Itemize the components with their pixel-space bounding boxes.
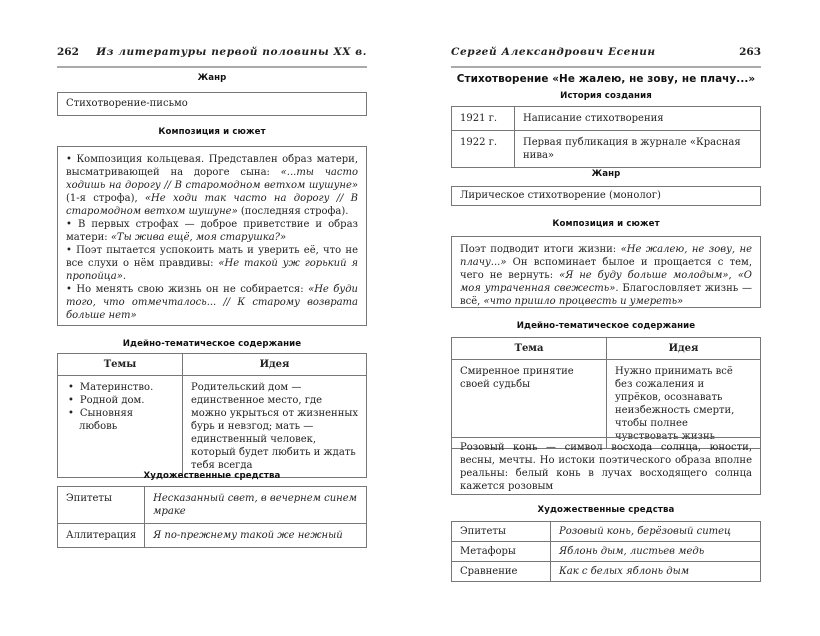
running-title: Сергей Александрович Есенин bbox=[451, 46, 656, 58]
genre-text: Стихотворение-письмо bbox=[66, 98, 188, 109]
device-example: Несказанный свет, в вечернем синем мраке bbox=[145, 487, 367, 524]
devices-table: Эпитеты Несказанный свет, в вечернем син… bbox=[57, 486, 367, 548]
genre-heading: Жанр bbox=[57, 73, 367, 83]
ideas-table: Тема Идея Смиренное принятие своей судьб… bbox=[451, 337, 761, 449]
table-row: Сравнение Как с белых яблонь дым bbox=[452, 562, 761, 582]
symbol-note-box: Розовый конь — символ восхода солнца, юн… bbox=[451, 437, 761, 495]
history-event: Написание стихотворения bbox=[515, 107, 761, 131]
theme-item: Сыновняя любовь bbox=[79, 407, 174, 433]
composition-heading: Композиция и сюжет bbox=[57, 127, 367, 137]
composition-item: • Композиция кольцевая. Представлен обра… bbox=[66, 153, 358, 218]
devices-table: Эпитеты Розовый конь, берёзовый ситец Ме… bbox=[451, 521, 761, 582]
devices-heading: Художественные средства bbox=[451, 505, 761, 515]
col-themes: Темы bbox=[58, 354, 183, 376]
col-idea: Идея bbox=[607, 338, 761, 360]
genre-box: Лирическое стихотворение (монолог) bbox=[451, 186, 761, 206]
header-rule bbox=[57, 66, 367, 68]
running-head: Сергей Александрович Есенин 263 bbox=[451, 46, 761, 64]
table-row: Эпитеты Несказанный свет, в вечернем син… bbox=[58, 487, 367, 524]
theme-item: Родной дом. bbox=[79, 394, 174, 407]
header-rule bbox=[451, 66, 761, 68]
table-row: Метафоры Яблонь дым, листьев медь bbox=[452, 542, 761, 562]
history-year: 1921 г. bbox=[452, 107, 515, 131]
idea-cell: Родительский дом — единственное место, г… bbox=[183, 376, 367, 478]
composition-item: • В первых строфах — доброе приветствие … bbox=[66, 218, 358, 244]
genre-text: Лирическое стихотворение (монолог) bbox=[460, 190, 661, 201]
device-example: Я по-прежнему такой же нежный bbox=[145, 524, 367, 548]
col-idea: Идея bbox=[183, 354, 367, 376]
composition-item: • Поэт пытается успокоить мать и уверить… bbox=[66, 244, 358, 283]
symbol-note: Розовый конь — символ восхода солнца, юн… bbox=[460, 442, 752, 492]
composition-heading: Композиция и сюжет bbox=[451, 219, 761, 229]
themes-cell: Материнство. Родной дом. Сыновняя любовь bbox=[58, 376, 183, 478]
history-year: 1922 г. bbox=[452, 131, 515, 168]
running-head: 262 Из литературы первой половины XX в. bbox=[57, 46, 367, 64]
theme-cell: Смиренное принятие своей судьбы bbox=[452, 360, 607, 449]
composition-item: • Но менять свою жизнь он не собирается:… bbox=[66, 283, 358, 322]
genre-box: Стихотворение-письмо bbox=[57, 92, 367, 116]
device-example: Как с белых яблонь дым bbox=[551, 562, 761, 582]
device-name: Эпитеты bbox=[58, 487, 145, 524]
ideas-table: Темы Идея Материнство. Родной дом. Сынов… bbox=[57, 353, 367, 478]
idea-cell: Нужно принимать всё без сожаления и упрё… bbox=[607, 360, 761, 449]
history-heading: История создания bbox=[451, 91, 761, 101]
ideas-heading: Идейно-тематическое содержание bbox=[57, 339, 367, 349]
table-row: 1922 г. Первая публикация в журнале «Кра… bbox=[452, 131, 761, 168]
history-event: Первая публикация в журнале «Красная нив… bbox=[515, 131, 761, 168]
composition-box: Поэт подводит итоги жизни: «Не жалею, не… bbox=[451, 236, 761, 308]
running-title: Из литературы первой половины XX в. bbox=[96, 46, 367, 58]
table-row: Эпитеты Розовый конь, берёзовый ситец bbox=[452, 522, 761, 542]
genre-heading: Жанр bbox=[451, 169, 761, 179]
page-number: 262 bbox=[57, 46, 79, 58]
composition-text: Поэт подводит итоги жизни: «Не жалею, не… bbox=[460, 243, 752, 308]
theme-item: Материнство. bbox=[79, 381, 174, 394]
table-row: 1921 г. Написание стихотворения bbox=[452, 107, 761, 131]
device-example: Яблонь дым, листьев медь bbox=[551, 542, 761, 562]
device-name: Эпитеты bbox=[452, 522, 551, 542]
device-name: Метафоры bbox=[452, 542, 551, 562]
composition-box: • Композиция кольцевая. Представлен обра… bbox=[57, 146, 367, 326]
col-theme: Тема bbox=[452, 338, 607, 360]
poem-title: Стихотворение «Не жалею, не зову, не пла… bbox=[451, 73, 761, 85]
device-example: Розовый конь, берёзовый ситец bbox=[551, 522, 761, 542]
table-row: Аллитерация Я по-прежнему такой же нежны… bbox=[58, 524, 367, 548]
page-number: 263 bbox=[739, 46, 761, 58]
devices-heading: Художественные средства bbox=[57, 471, 367, 481]
device-name: Сравнение bbox=[452, 562, 551, 582]
history-table: 1921 г. Написание стихотворения 1922 г. … bbox=[451, 106, 761, 168]
ideas-heading: Идейно-тематическое содержание bbox=[451, 321, 761, 331]
device-name: Аллитерация bbox=[58, 524, 145, 548]
